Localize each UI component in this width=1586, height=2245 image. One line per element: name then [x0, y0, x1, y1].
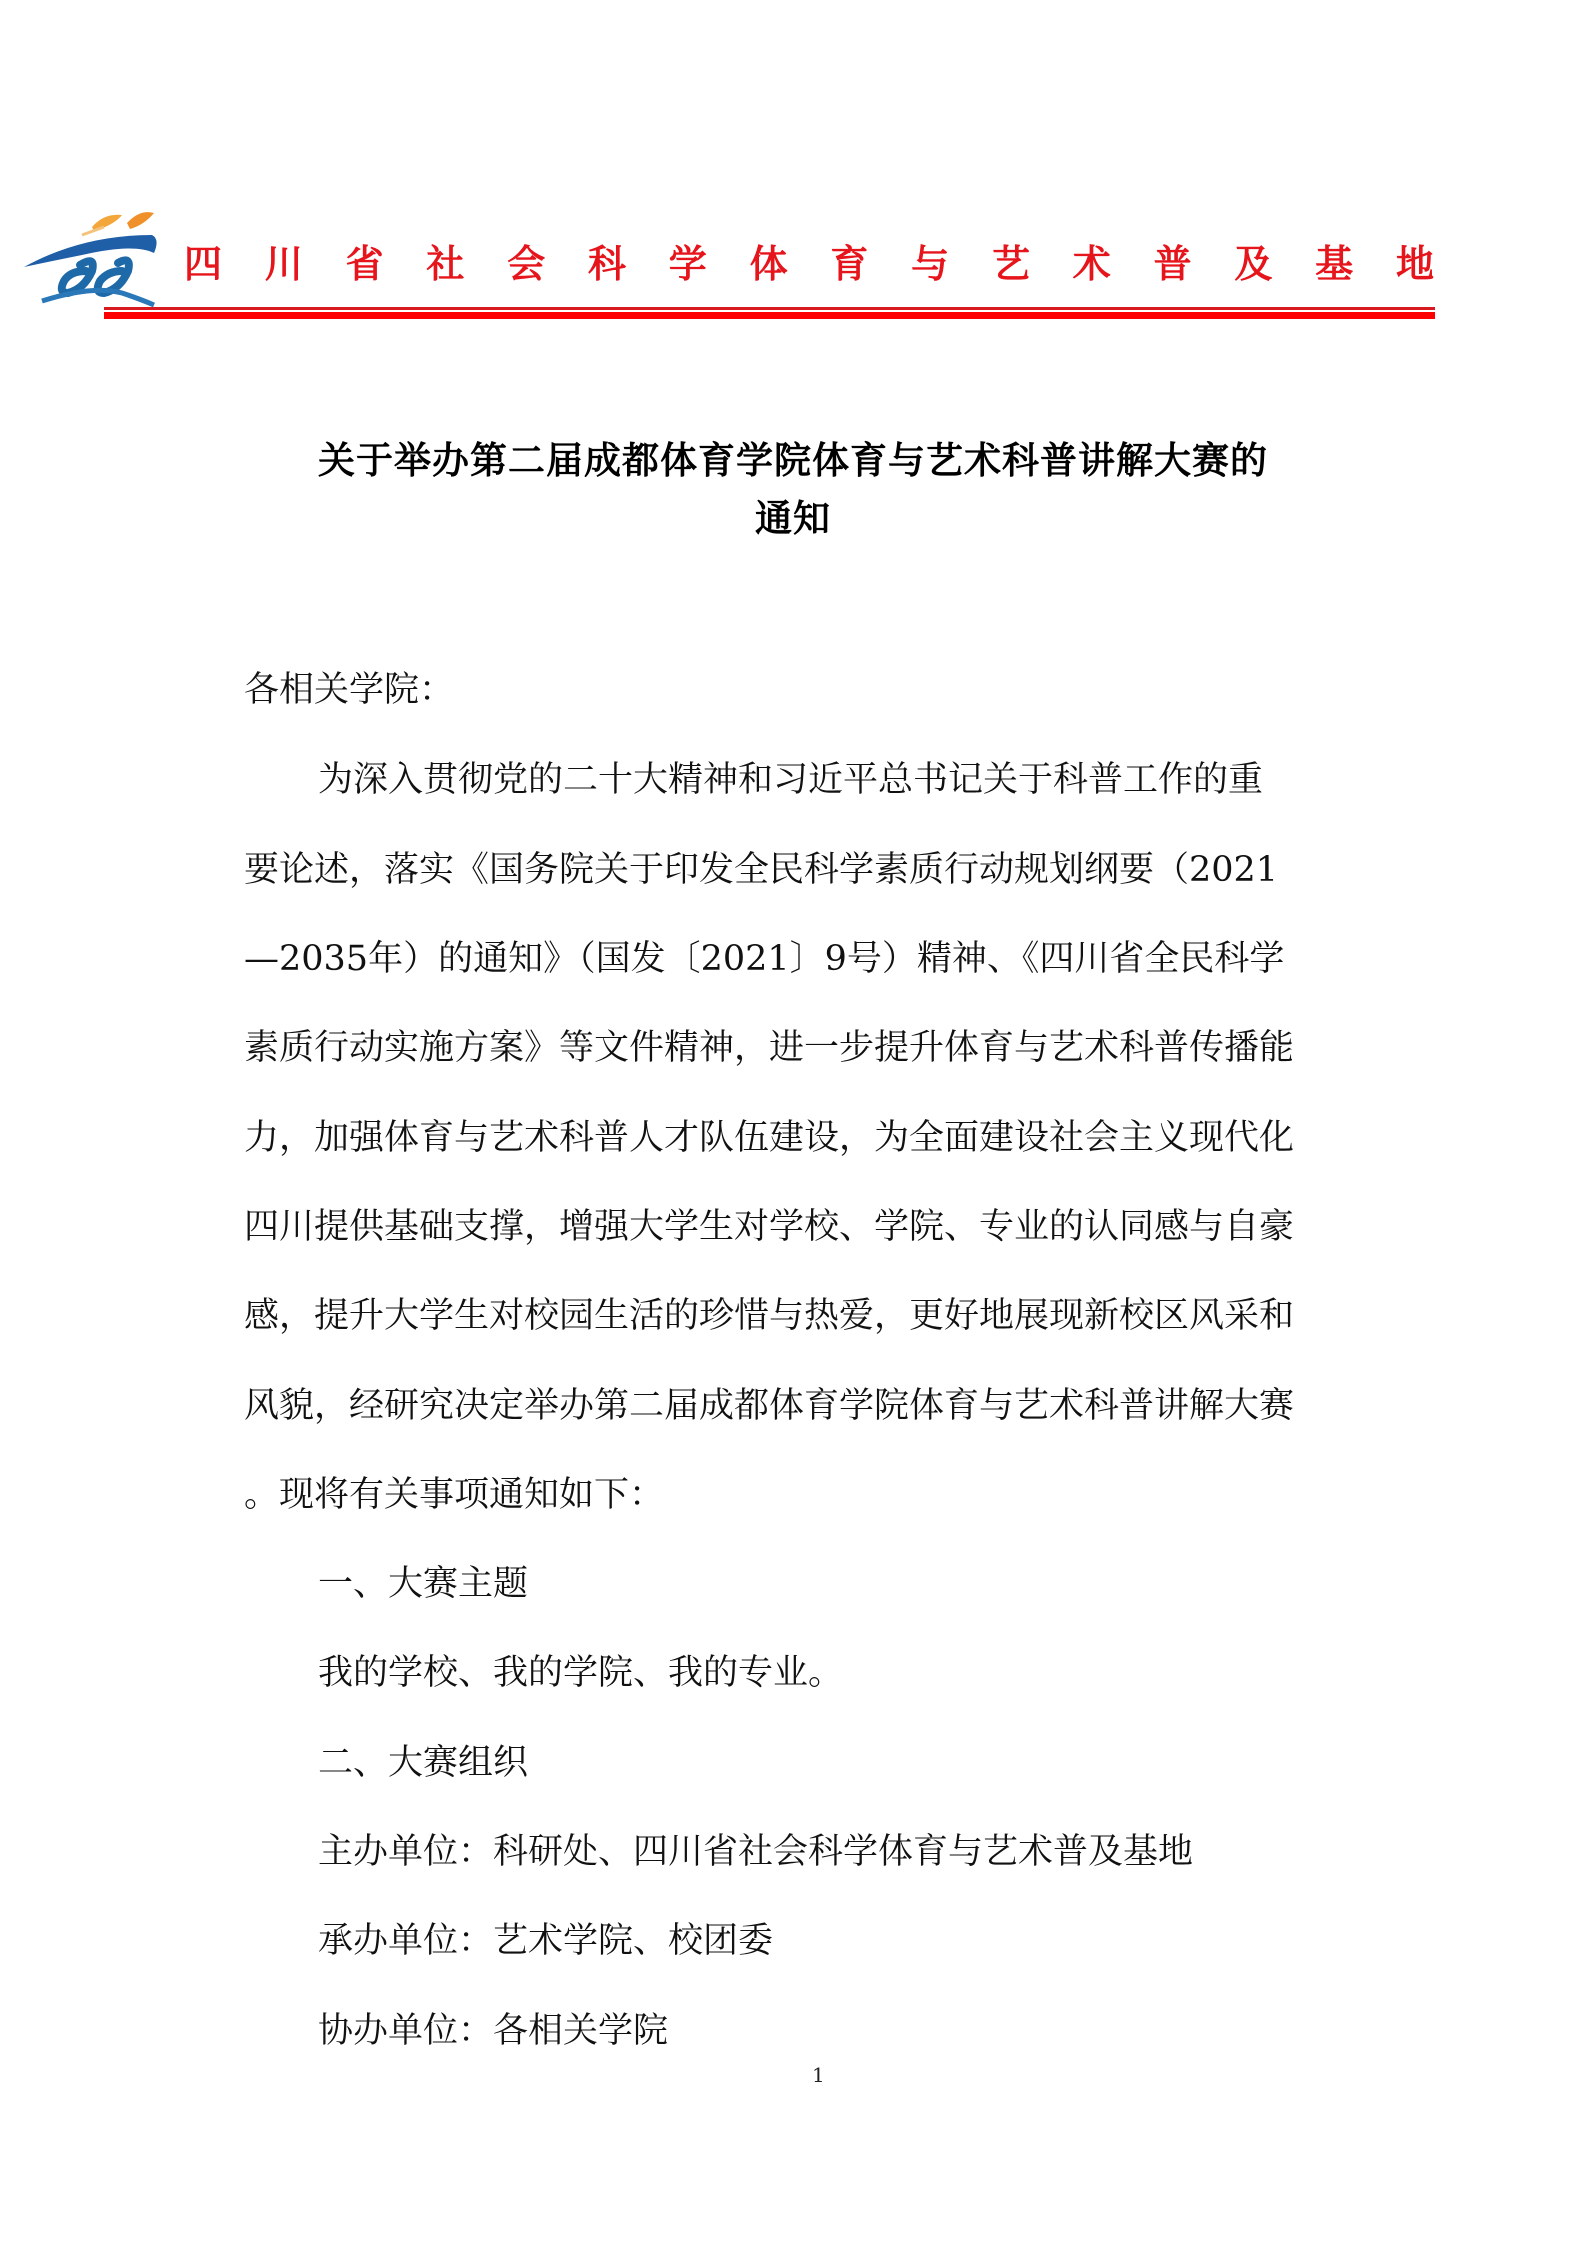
banner-char: 省 [346, 245, 384, 283]
paragraph-line: —2035年）的通知》（国发〔2021〕9号）精神、《四川省全民科学 [244, 931, 1284, 981]
salutation: 各相关学院： [244, 662, 454, 712]
banner-char: 会 [507, 245, 545, 283]
banner-char: 术 [1073, 245, 1111, 283]
banner-char: 四 [184, 245, 222, 283]
banner-char: 社 [426, 245, 464, 283]
header-divider-thin [104, 307, 1435, 310]
section-heading-organization: 二、大赛组织 [318, 1735, 528, 1785]
banner-char: 及 [1234, 245, 1272, 283]
banner-char: 地 [1396, 245, 1434, 283]
organizer-unit: 承办单位：艺术学院、校团委 [318, 1913, 773, 1963]
banner-char: 体 [750, 245, 788, 283]
paragraph-line: 四川提供基础支撑，增强大学生对学校、学院、专业的认同感与自豪 [244, 1199, 1294, 1249]
section-content-theme: 我的学校、我的学院、我的专业。 [318, 1645, 843, 1695]
banner-char: 普 [1154, 245, 1192, 283]
title-line-1: 关于举办第二届成都体育学院体育与艺术科普讲解大赛的 [240, 432, 1346, 490]
paragraph-line: 要论述，落实《国务院关于印发全民科学素质行动规划纲要（2021 [244, 842, 1278, 892]
banner-char: 与 [911, 245, 949, 283]
paragraph-line: 力，加强体育与艺术科普人才队伍建设，为全面建设社会主义现代化 [244, 1110, 1294, 1160]
section-heading-theme: 一、大赛主题 [318, 1556, 528, 1606]
page-number: 1 [812, 2063, 825, 2087]
institution-banner: 四 川 省 社 会 科 学 体 育 与 艺 术 普 及 基 地 [184, 236, 1434, 292]
host-unit: 主办单位：科研处、四川省社会科学体育与艺术普及基地 [318, 1824, 1193, 1874]
paragraph-line: 为深入贯彻党的二十大精神和习近平总书记关于科普工作的重 [318, 752, 1263, 802]
paragraph-line: 。现将有关事项通知如下： [244, 1467, 664, 1517]
banner-char: 育 [830, 245, 868, 283]
banner-char: 艺 [992, 245, 1030, 283]
paragraph-line: 风貌，经研究决定举办第二届成都体育学院体育与艺术科普讲解大赛 [244, 1378, 1294, 1428]
banner-char: 科 [588, 245, 626, 283]
co-organizer-unit: 协办单位：各相关学院 [318, 2003, 668, 2053]
document-title: 关于举办第二届成都体育学院体育与艺术科普讲解大赛的 通知 [240, 432, 1346, 548]
banner-char: 基 [1315, 245, 1353, 283]
institution-logo-icon [22, 205, 167, 310]
banner-char: 川 [265, 245, 303, 283]
title-line-2: 通知 [240, 490, 1346, 548]
banner-char: 学 [669, 245, 707, 283]
paragraph-line: 感，提升大学生对校园生活的珍惜与热爱，更好地展现新校区风采和 [244, 1288, 1294, 1338]
paragraph-line: 素质行动实施方案》等文件精神，进一步提升体育与艺术科普传播能 [244, 1020, 1294, 1070]
header-divider-thick [104, 312, 1435, 319]
